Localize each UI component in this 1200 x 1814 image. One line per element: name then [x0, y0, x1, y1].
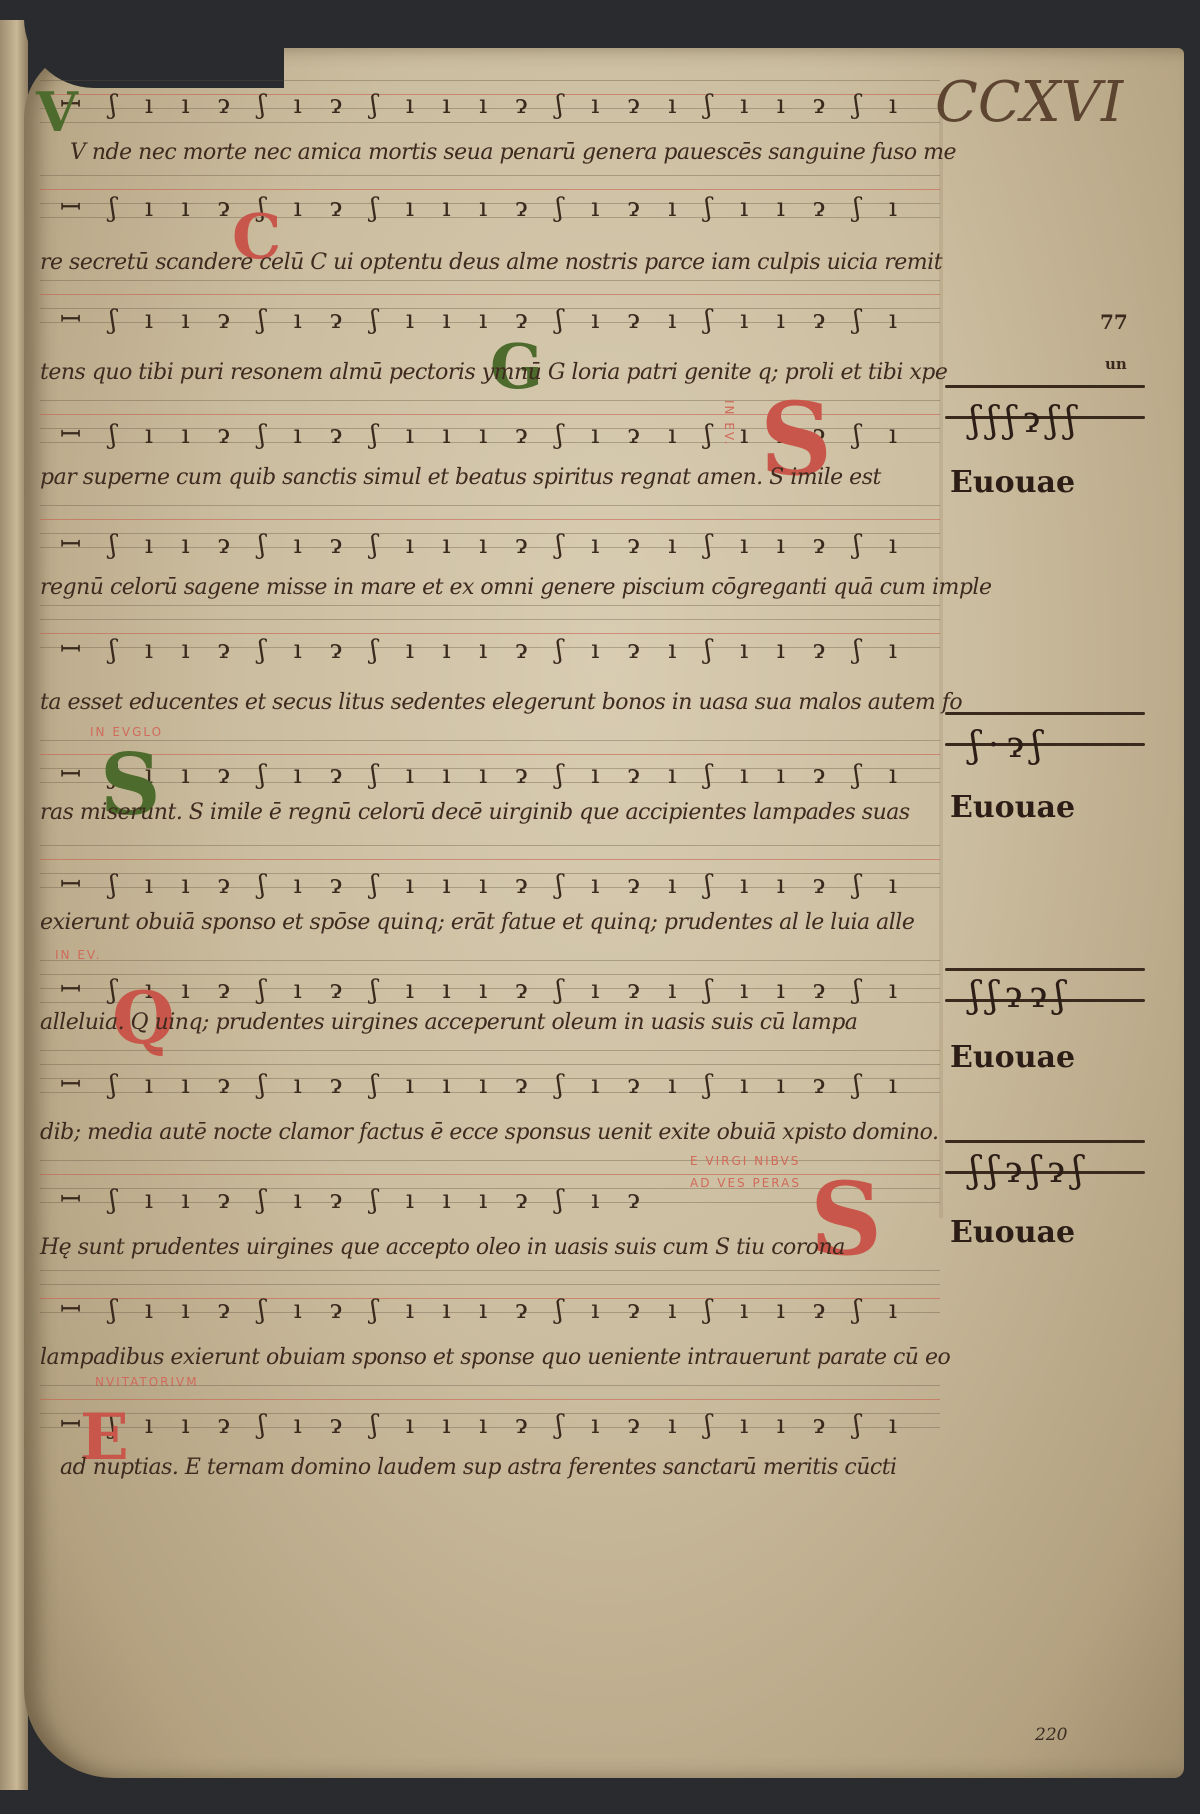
- neume-row: ꟷ ʃ ı ı ɂ ʃ ı ɂ ʃ ı ı ı ɂ ʃ ı ɂ ı ʃ ı ı …: [60, 1170, 660, 1230]
- margin-neumes: ʃʃɂʃɂʃ: [970, 1150, 1091, 1191]
- euouae-label: Euouae: [950, 465, 1075, 500]
- neume-row: ꟷ ʃ ı ı ɂ ʃ ı ɂ ʃ ı ı ı ɂ ʃ ı ɂ ı ʃ ı ı …: [60, 620, 920, 680]
- text-line: re secretū scandere celū C ui optentu de…: [40, 250, 942, 275]
- text-line: dib; media autē nocte clamor factus ē ec…: [40, 1120, 938, 1145]
- neume-row: ꟷ ʃ ı ı ɂ ʃ ı ɂ ʃ ı ı ı ɂ ʃ ı ɂ ı ʃ ı ı …: [60, 515, 920, 575]
- illuminated-initial: V: [36, 80, 78, 144]
- text-line: regnū celorū sagene misse in mare et ex …: [40, 575, 992, 600]
- page-number: 220: [1035, 1725, 1067, 1745]
- neume-row: ꟷ ʃ ı ı ɂ ʃ ı ɂ ʃ ı ı ı ɂ ʃ ı ɂ ı ʃ ı ı …: [60, 1280, 920, 1340]
- rubric: E VIRGI NIBVS AD VES PERAS: [690, 1150, 820, 1194]
- euouae-label: Euouae: [950, 1040, 1075, 1075]
- rubric: IN EV.: [722, 400, 736, 446]
- text-line: ras miserunt. S imile ē regnū celorū dec…: [40, 800, 910, 825]
- margin-note: 77: [1100, 310, 1128, 334]
- neume-row: ꟷ ʃ ı ı ɂ ʃ ı ɂ ʃ ı ı ı ɂ ʃ ı ɂ ı ʃ ı ı …: [60, 1055, 920, 1115]
- text-line: Hę sunt prudentes uirgines que accepto o…: [40, 1235, 845, 1260]
- margin-neumes: ʃʃɂɂʃ: [970, 975, 1073, 1016]
- margin-neumes: ʃʃʃɂʃʃ: [970, 400, 1084, 441]
- text-line: exierunt obuiā sponso et spōse quinq; er…: [40, 910, 914, 935]
- illuminated-initial: S: [810, 1160, 882, 1278]
- text-line: ad nuptias. E ternam domino laudem sup a…: [60, 1455, 897, 1480]
- margin-note: un: [1105, 355, 1127, 373]
- text-line: ta esset educentes et secus litus sedent…: [40, 690, 962, 715]
- text-line: lampadibus exierunt obuiam sponso et spo…: [40, 1345, 950, 1370]
- neume-row: ꟷ ʃ ı ı ɂ ʃ ı ɂ ʃ ı ı ı ɂ ʃ ı ɂ ı ʃ ı ı …: [60, 1395, 920, 1455]
- neume-row: ꟷ ʃ ı ı ɂ ʃ ı ɂ ʃ ı ı ı ɂ ʃ ı ɂ ı ʃ ı ı …: [60, 855, 920, 915]
- euouae-label: Euouae: [950, 790, 1075, 825]
- margin-neumes: ʃ·ɂʃ: [970, 725, 1050, 766]
- neume-row: ꟷ ʃ ı ı ɂ ʃ ı ɂ ʃ ı ı ı ɂ ʃ ı ɂ ı ʃ ı ı …: [60, 745, 920, 805]
- neume-row: ꟷ ʃ ı ı ɂ ʃ ı ɂ ʃ ı ı ı ɂ ʃ ı ɂ ı ʃ ı ı …: [60, 75, 920, 135]
- euouae-label: Euouae: [950, 1215, 1075, 1250]
- neume-row: ꟷ ʃ ı ı ɂ ʃ ı ɂ ʃ ı ı ı ɂ ʃ ı ɂ ı ʃ ı ı …: [60, 178, 920, 238]
- folio-number: CCXVI: [935, 70, 1123, 135]
- text-line: alleluia. Q uinq; prudentes uirgines acc…: [40, 1010, 857, 1035]
- text-line: par superne cum quib sanctis simul et be…: [40, 465, 881, 490]
- text-line: V nde nec morte nec amica mortis seua pe…: [70, 140, 956, 165]
